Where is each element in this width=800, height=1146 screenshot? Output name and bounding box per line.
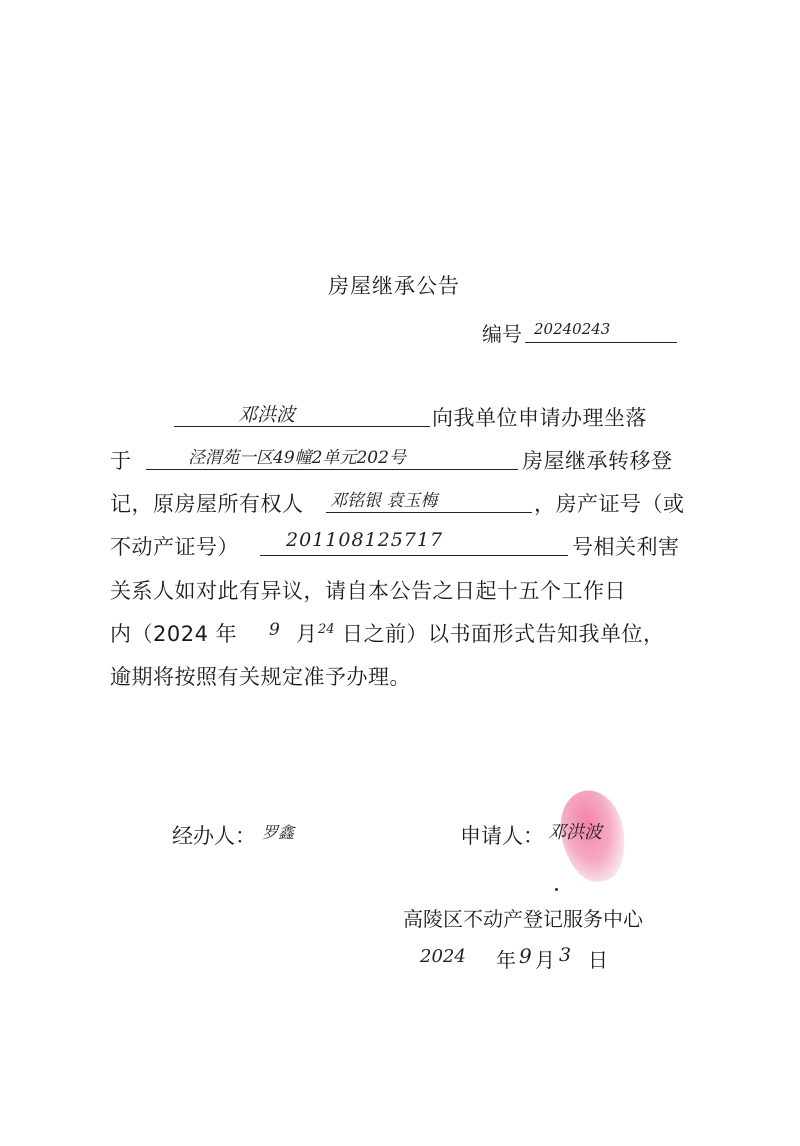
body-line-4-prefix: 不动产证号）: [110, 531, 239, 561]
body-line-3-suffix: ，房产证号（或: [534, 488, 685, 518]
applicant-name-handwritten: 邓洪波: [238, 400, 295, 427]
body-line-4-suffix: 号相关利害: [572, 531, 680, 561]
body-line-3-prefix: 记，原房屋所有权人: [110, 488, 304, 518]
property-address-handwritten: 泾渭苑一区49幢2单元202号: [188, 443, 406, 468]
date-month-handwritten: 9: [519, 944, 532, 968]
body-line-2-suffix: 房屋继承转移登: [522, 445, 673, 475]
date-year-handwritten: 2024: [420, 946, 466, 967]
applicant-label: 申请人：: [460, 820, 544, 850]
applicant-underline: [174, 404, 430, 427]
deadline-month-handwritten: 9: [269, 620, 280, 640]
date-day-label: 日: [588, 944, 608, 973]
body-line-6-prefix: 内（2024 年: [110, 618, 237, 648]
certificate-number-handwritten: 201108125717: [286, 529, 443, 551]
serial-label: 编号: [482, 318, 522, 347]
serial-number: 20240243: [534, 320, 610, 338]
date-day-handwritten: 3: [559, 944, 571, 966]
document-title: 房屋继承公告: [328, 270, 460, 300]
original-owners-handwritten: 邓铭银 袁玉梅: [330, 486, 437, 511]
issuer-name: 高陵区不动产登记服务中心: [403, 903, 643, 932]
ink-dot: [555, 888, 558, 891]
body-line-7: 逾期将按照有关规定准予办理。: [110, 661, 411, 691]
body-line-6-month-label: 月: [296, 618, 318, 648]
handler-signature: 罗鑫: [262, 820, 294, 843]
date-month-label: 月: [535, 944, 555, 973]
body-line-5: 关系人如对此有异议，请自本公告之日起十五个工作日: [110, 575, 626, 605]
body-line-1: 向我单位申请办理坐落: [432, 402, 647, 432]
deadline-day-handwritten: 24: [318, 622, 335, 637]
handler-label: 经办人：: [172, 820, 256, 850]
body-line-2-prefix: 于: [110, 445, 132, 475]
applicant-signature: 邓洪波: [548, 818, 602, 844]
date-year-label: 年: [496, 944, 516, 973]
body-line-6-suffix: 日之前）以书面形式告知我单位，: [342, 618, 665, 648]
